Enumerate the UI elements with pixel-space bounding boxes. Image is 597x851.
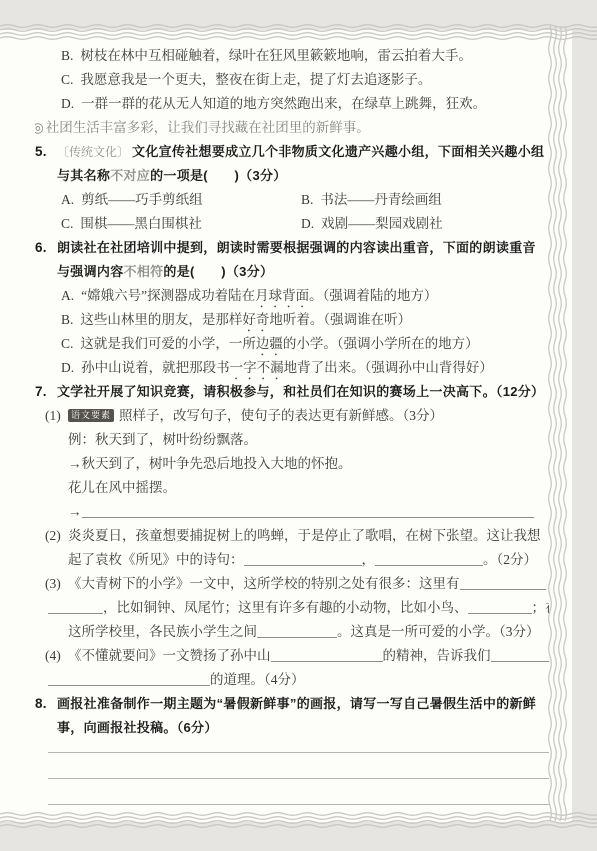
question-5: 5.〔传统文化〕文化宣传社想要成立几个非物质文化遗产兴趣小组，下面相关兴趣小组 … xyxy=(35,140,549,236)
option-label: B. xyxy=(301,192,313,207)
q5-stem-line2: 与其名称不对应的一项是( )（3分） xyxy=(35,164,549,188)
q8-text: 事，向画报社投稿。（6分） xyxy=(57,720,218,735)
sub3-text: ；在 xyxy=(532,600,550,615)
sub-marker: (2) xyxy=(45,524,61,548)
q7-sub1: (1)语文要素照样子，改写句子，使句子的表达更有新鲜感。（3分） xyxy=(35,404,549,428)
answer-blank xyxy=(48,598,103,614)
sub3-text: ，比如铜钟、凤尾竹；这里有许多有趣的小动物，比如小鸟、 xyxy=(103,600,468,615)
q5-topic-tag: 〔传统文化〕 xyxy=(57,145,129,159)
option-label: C. xyxy=(61,336,73,351)
answer-blank xyxy=(375,550,483,566)
q6-highlight: 不相符 xyxy=(124,264,164,279)
question-6: 6.朗读社在社团培训中提到，朗读时需要根据强调的内容读出重音，下面的朗读重音 与… xyxy=(35,236,549,380)
example-rewrite: →秋天到了，树叶争先恐后地投入大地的怀抱。 xyxy=(68,456,352,471)
q8-number: 8. xyxy=(35,692,47,716)
answer-line xyxy=(48,753,549,779)
q6-option-a: A.“嫦娥六号”探测器成功着陆在月球背面。（强调着陆的地方） xyxy=(35,284,549,308)
q8-text: 画报社准备制作一期主题为“暑假新鲜事”的画报，请写一写自己暑假生活中的新鲜 xyxy=(57,696,536,711)
answer-lines xyxy=(35,740,549,805)
q7-sub1-prompt: 花儿在风中摇摆。 xyxy=(35,476,549,500)
option-text: 剪纸——巧手剪纸组 xyxy=(81,192,203,207)
option-text: 地听着。（强调谁在听） xyxy=(269,312,411,327)
answer-line xyxy=(48,740,549,753)
sub-marker: (4) xyxy=(45,644,61,668)
emphasized-text: 好奇 xyxy=(242,312,269,327)
circle-bullet-icon: ◎ xyxy=(35,120,44,135)
prompt-sentence: 花儿在风中摇摆。 xyxy=(68,480,176,495)
q7-sub2-line1: (2)炎炎夏日，孩童想要捕捉树上的鸣蝉，于是停止了歌唱，在树下张望。这让我想 xyxy=(35,524,549,548)
q7-sub4-line1: (4)《不懂就要问》一文赞扬了孙中山的精神，告诉我们 xyxy=(35,644,549,668)
decorative-border-top xyxy=(0,22,597,44)
sub3-text: 《大青树下的小学》一文中，这所学校的特别之处有很多：这里有 xyxy=(68,576,460,591)
q6-stem-line2: 与强调内容不相符的是( )（3分） xyxy=(35,260,549,284)
option-label: B. xyxy=(61,312,73,327)
answer-blank xyxy=(491,646,549,662)
sub1-text: 照样子，改写句子，使句子的表达更有新鲜感。（3分） xyxy=(119,408,443,423)
section-note: ◎社团生活丰富多彩，让我们寻找藏在社团里的新鲜事。 xyxy=(35,116,549,140)
q6-option-b: B.这些山林里的朋友，是那样好奇地听着。（强调谁在听） xyxy=(35,308,549,332)
q7-sub1-answer-line: → xyxy=(35,500,549,524)
sub4-text: 《不懂就要问》一文赞扬了孙中山 xyxy=(68,648,271,663)
answer-blank xyxy=(244,550,362,566)
q5-number: 5. xyxy=(35,140,47,164)
sub2-text: 炎炎夏日，孩童想要捕捉树上的鸣蝉，于是停止了歌唱，在树下张望。这让我想 xyxy=(68,528,541,543)
option-text: 这就是我们可爱的小学，一所 xyxy=(80,336,256,351)
answer-blank xyxy=(271,646,383,662)
answer-blank xyxy=(82,502,534,518)
q7-sub1-example: 例：秋天到了，树叶纷纷飘落。 xyxy=(35,428,549,452)
q7-sub4-line2: 的道理。（4分） xyxy=(48,668,549,692)
section-note-text: 社团生活丰富多彩，让我们寻找藏在社团里的新鲜事。 xyxy=(46,120,370,135)
option-text: 围棋——黑白围棋社 xyxy=(80,216,202,231)
q6-number: 6. xyxy=(35,236,47,260)
q5-option-a: A.剪纸——巧手剪纸组 xyxy=(61,188,301,212)
q5-option-b: B.书法——丹青绘画组 xyxy=(301,188,549,212)
option-text: 我愿意我是一个更夫，整夜在街上走，提了灯去追逐影子。 xyxy=(80,72,431,87)
question-8: 8.画报社准备制作一期主题为“暑假新鲜事”的画报，请写一写自己暑假生活中的新鲜 … xyxy=(35,692,549,740)
answer-blank xyxy=(257,622,337,638)
q5-stem-line1: 5.〔传统文化〕文化宣传社想要成立几个非物质文化遗产兴趣小组，下面相关兴趣小组 xyxy=(35,140,549,164)
worksheet-page: B.树枝在林中互相碰触着，绿叶在狂风里簌簌地响，雷云拍着大手。 C.我愿意我是一… xyxy=(0,0,597,851)
example-sentence: 例：秋天到了，树叶纷纷飘落。 xyxy=(68,432,257,447)
option-text: 的小学。（强调小学所在的地方） xyxy=(283,336,479,351)
option-label: A. xyxy=(61,288,74,303)
sub-marker: (3) xyxy=(45,572,61,596)
separator-comma: ， xyxy=(362,552,376,567)
option-text: “嫦娥六号”探测器成功着陆在 xyxy=(81,288,255,303)
emphasized-text: 一字不漏 xyxy=(230,360,284,375)
sub3-text: 。这真是一所可爱的小学。（3分） xyxy=(337,624,540,639)
sub4-text: 的精神，告诉我们 xyxy=(383,648,491,663)
option-label: B. xyxy=(61,48,73,63)
q7-sub3-line1: (3)《大青树下的小学》一文中，这所学校的特别之处有很多：这里有 xyxy=(35,572,549,596)
option-text: 。（强调着陆的地方） xyxy=(309,288,437,303)
q8-line1: 8.画报社准备制作一期主题为“暑假新鲜事”的画报，请写一写自己暑假生活中的新鲜 xyxy=(35,692,549,716)
answer-line xyxy=(48,779,549,805)
q6-stem-text: 朗读社在社团培训中提到，朗读时需要根据强调的内容读出重音，下面的朗读重音 xyxy=(57,240,536,255)
q5-highlight: 不对应 xyxy=(110,168,150,183)
option-text: 孙中山说着，就把那段书 xyxy=(81,360,230,375)
q7-stem-text: 文学社开展了知识竞赛，请积极参与，和社员们在知识的赛场上一决高下。（12分） xyxy=(57,384,544,399)
q5-stem-pre: 与其名称 xyxy=(57,168,110,183)
answer-blank xyxy=(460,574,546,590)
q6-stem-pre: 与强调内容 xyxy=(57,264,124,279)
arrow-icon: → xyxy=(68,504,82,519)
q6-option-d: D.孙中山说着，就把那段书一字不漏地背了出来。（强调孙中山背得好） xyxy=(35,356,549,380)
option-label: D. xyxy=(61,96,74,111)
q6-option-c: C.这就是我们可爱的小学，一所边疆的小学。（强调小学所在的地方） xyxy=(35,332,549,356)
q5-option-c: C.围棋——黑白围棋社 xyxy=(61,212,301,236)
page-content: B.树枝在林中互相碰触着，绿叶在狂风里簌簌地响，雷云拍着大手。 C.我愿意我是一… xyxy=(35,44,549,824)
q6-stem-post: 的是( )（3分） xyxy=(163,264,273,279)
q7-sub3-line3: 这所学校里，各民族小学生之间。这真是一所可爱的小学。（3分） xyxy=(35,620,549,644)
question-7: 7.文学社开展了知识竞赛，请积极参与，和社员们在知识的赛场上一决高下。（12分）… xyxy=(35,380,549,692)
option-text: 一群一群的花从无人知道的地方突然跑出来，在绿草上跳舞，狂欢。 xyxy=(81,96,486,111)
sub2-text: 。（2分） xyxy=(483,552,537,567)
intro-option-c: C.我愿意我是一个更夫，整夜在街上走，提了灯去追逐影子。 xyxy=(35,68,549,92)
q8-line2: 事，向画报社投稿。（6分） xyxy=(35,716,549,740)
option-text: 地背了出来。（强调孙中山背得好） xyxy=(284,360,493,375)
option-text: 书法——丹青绘画组 xyxy=(320,192,442,207)
option-label: C. xyxy=(61,72,73,87)
q7-sub3-line2: ，比如铜钟、凤尾竹；这里有许多有趣的小动物，比如小鸟、；在 xyxy=(48,596,549,620)
sub2-text: 起了袁枚《所见》中的诗句： xyxy=(68,552,244,567)
intro-option-b: B.树枝在林中互相碰触着，绿叶在狂风里簌簌地响，雷云拍着大手。 xyxy=(35,44,549,68)
option-text: 这些山林里的朋友，是那样 xyxy=(80,312,242,327)
q6-stem-line1: 6.朗读社在社团培训中提到，朗读时需要根据强调的内容读出重音，下面的朗读重音 xyxy=(35,236,549,260)
emphasized-text: 边疆 xyxy=(256,336,283,351)
option-label: D. xyxy=(61,360,74,375)
option-label: C. xyxy=(61,216,73,231)
q5-option-d: D.戏剧——梨园戏剧社 xyxy=(301,212,549,236)
emphasized-text: 月球背面 xyxy=(255,288,309,303)
q5-stem-text: 文化宣传社想要成立几个非物质文化遗产兴趣小组，下面相关兴趣小组 xyxy=(132,144,544,159)
sub3-text: 这所学校里，各民族小学生之间 xyxy=(68,624,257,639)
intro-option-d: D.一群一群的花从无人知道的地方突然跑出来，在绿草上跳舞，狂欢。 xyxy=(35,92,549,116)
q7-number: 7. xyxy=(35,380,47,404)
q7-sub1-example-rewrite: →秋天到了，树叶争先恐后地投入大地的怀抱。 xyxy=(35,452,549,476)
option-text: 戏剧——梨园戏剧社 xyxy=(321,216,443,231)
q5-options: A.剪纸——巧手剪纸组 B.书法——丹青绘画组 C.围棋——黑白围棋社 D.戏剧… xyxy=(35,188,549,236)
q5-stem-post: 的一项是( )（3分） xyxy=(150,168,287,183)
option-text: 树枝在林中互相碰触着，绿叶在狂风里簌簌地响，雷云拍着大手。 xyxy=(80,48,472,63)
yuwen-yaosu-badge: 语文要素 xyxy=(68,409,114,422)
sub4-text: 的道理。（4分） xyxy=(210,672,305,687)
q7-sub2-line2: 起了袁枚《所见》中的诗句：，。（2分） xyxy=(35,548,549,572)
answer-blank xyxy=(468,598,532,614)
option-label: A. xyxy=(61,192,74,207)
sub-marker: (1) xyxy=(45,404,61,428)
answer-blank xyxy=(48,670,210,686)
q7-stem: 7.文学社开展了知识竞赛，请积极参与，和社员们在知识的赛场上一决高下。（12分） xyxy=(35,380,549,404)
option-label: D. xyxy=(301,216,314,231)
decorative-border-right xyxy=(546,26,572,818)
